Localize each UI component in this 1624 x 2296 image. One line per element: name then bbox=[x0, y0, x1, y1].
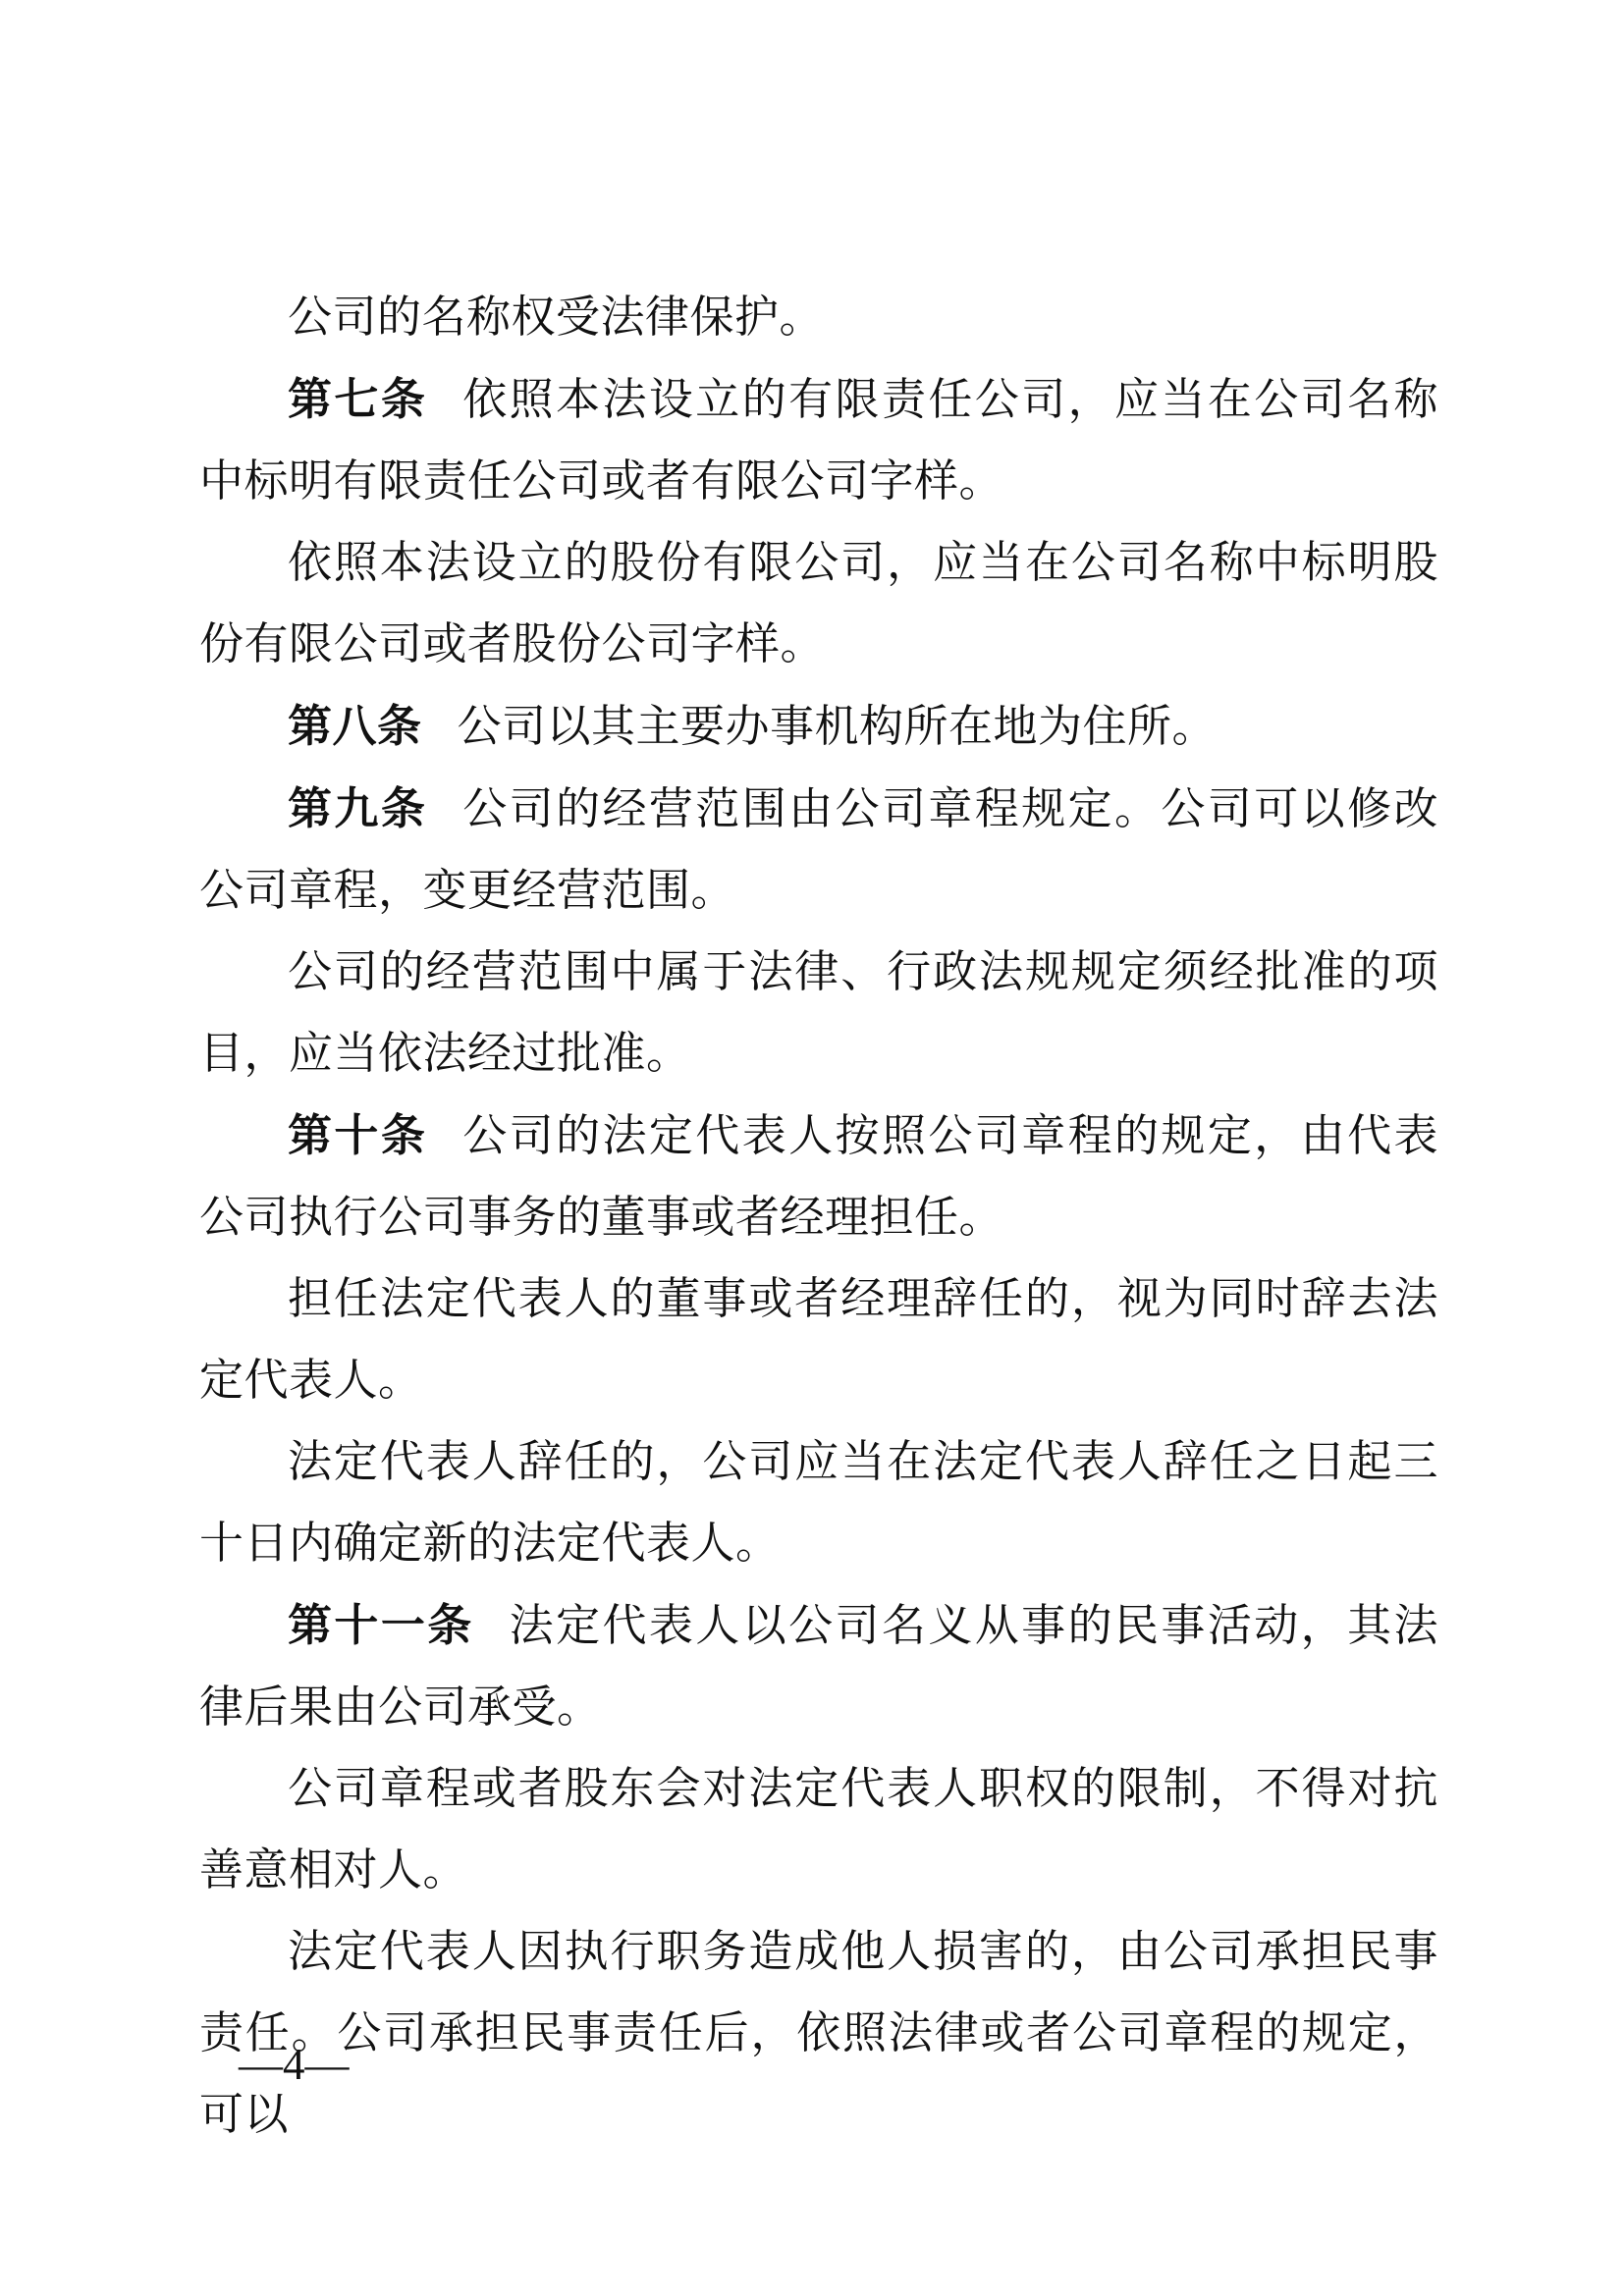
paragraph: 公司的经营范围中属于法律、行政法规规定须经批准的项目，应当依法经过批准。 bbox=[199, 932, 1438, 1095]
document-body: 公司的名称权受法律保护。 第七条依照本法设立的有限责任公司，应当在公司名称中标明… bbox=[199, 277, 1438, 2156]
paragraph: 第七条依照本法设立的有限责任公司，应当在公司名称中标明有限责任公司或者有限公司字… bbox=[199, 358, 1438, 522]
document-page: 公司的名称权受法律保护。 第七条依照本法设立的有限责任公司，应当在公司名称中标明… bbox=[0, 0, 1624, 2296]
article-number: 第十一条 bbox=[288, 1600, 474, 1650]
article-number: 第十条 bbox=[288, 1110, 427, 1160]
paragraph: 担任法定代表人的董事或者经理辞任的，视为同时辞去法定代表人。 bbox=[199, 1258, 1438, 1421]
article-number: 第八条 bbox=[288, 701, 422, 751]
paragraph: 第十条公司的法定代表人按照公司章程的规定，由代表公司执行公司事务的董事或者经理担… bbox=[199, 1095, 1438, 1258]
paragraph-text: 法定代表人辞任的，公司应当在法定代表人辞任之日起三十日内确定新的法定代表人。 bbox=[199, 1437, 1438, 1568]
paragraph-text: 依照本法设立的股份有限公司，应当在公司名称中标明股份有限公司或者股份公司字样。 bbox=[199, 538, 1438, 668]
paragraph: 公司章程或者股东会对法定代表人职权的限制，不得对抗善意相对人。 bbox=[199, 1748, 1438, 1911]
paragraph: 第九条公司的经营范围由公司章程规定。公司可以修改公司章程，变更经营范围。 bbox=[199, 768, 1438, 932]
paragraph-text: 公司章程或者股东会对法定代表人职权的限制，不得对抗善意相对人。 bbox=[199, 1764, 1438, 1895]
paragraph: 法定代表人辞任的，公司应当在法定代表人辞任之日起三十日内确定新的法定代表人。 bbox=[199, 1421, 1438, 1584]
paragraph: 依照本法设立的股份有限公司，应当在公司名称中标明股份有限公司或者股份公司字样。 bbox=[199, 522, 1438, 685]
paragraph-text: 法定代表人因执行职务造成他人损害的，由公司承担民事责任。公司承担民事责任后，依照… bbox=[199, 1927, 1438, 2139]
paragraph-text: 公司的名称权受法律保护。 bbox=[288, 293, 824, 342]
paragraph: 公司的名称权受法律保护。 bbox=[199, 277, 1438, 358]
paragraph: 第十一条法定代表人以公司名义从事的民事活动，其法律后果由公司承受。 bbox=[199, 1584, 1438, 1748]
paragraph-text: 公司的经营范围中属于法律、行政法规规定须经批准的项目，应当依法经过批准。 bbox=[199, 947, 1438, 1078]
paragraph: 法定代表人因执行职务造成他人损害的，由公司承担民事责任。公司承担民事责任后，依照… bbox=[199, 1911, 1438, 2156]
paragraph: 第八条公司以其主要办事机构所在地为住所。 bbox=[199, 685, 1438, 768]
article-number: 第九条 bbox=[288, 783, 427, 833]
paragraph-text: 公司以其主要办事机构所在地为住所。 bbox=[458, 702, 1218, 751]
article-number: 第七条 bbox=[288, 374, 427, 424]
paragraph-text: 担任法定代表人的董事或者经理辞任的，视为同时辞去法定代表人。 bbox=[199, 1274, 1438, 1405]
page-number: —4— bbox=[239, 2040, 350, 2089]
